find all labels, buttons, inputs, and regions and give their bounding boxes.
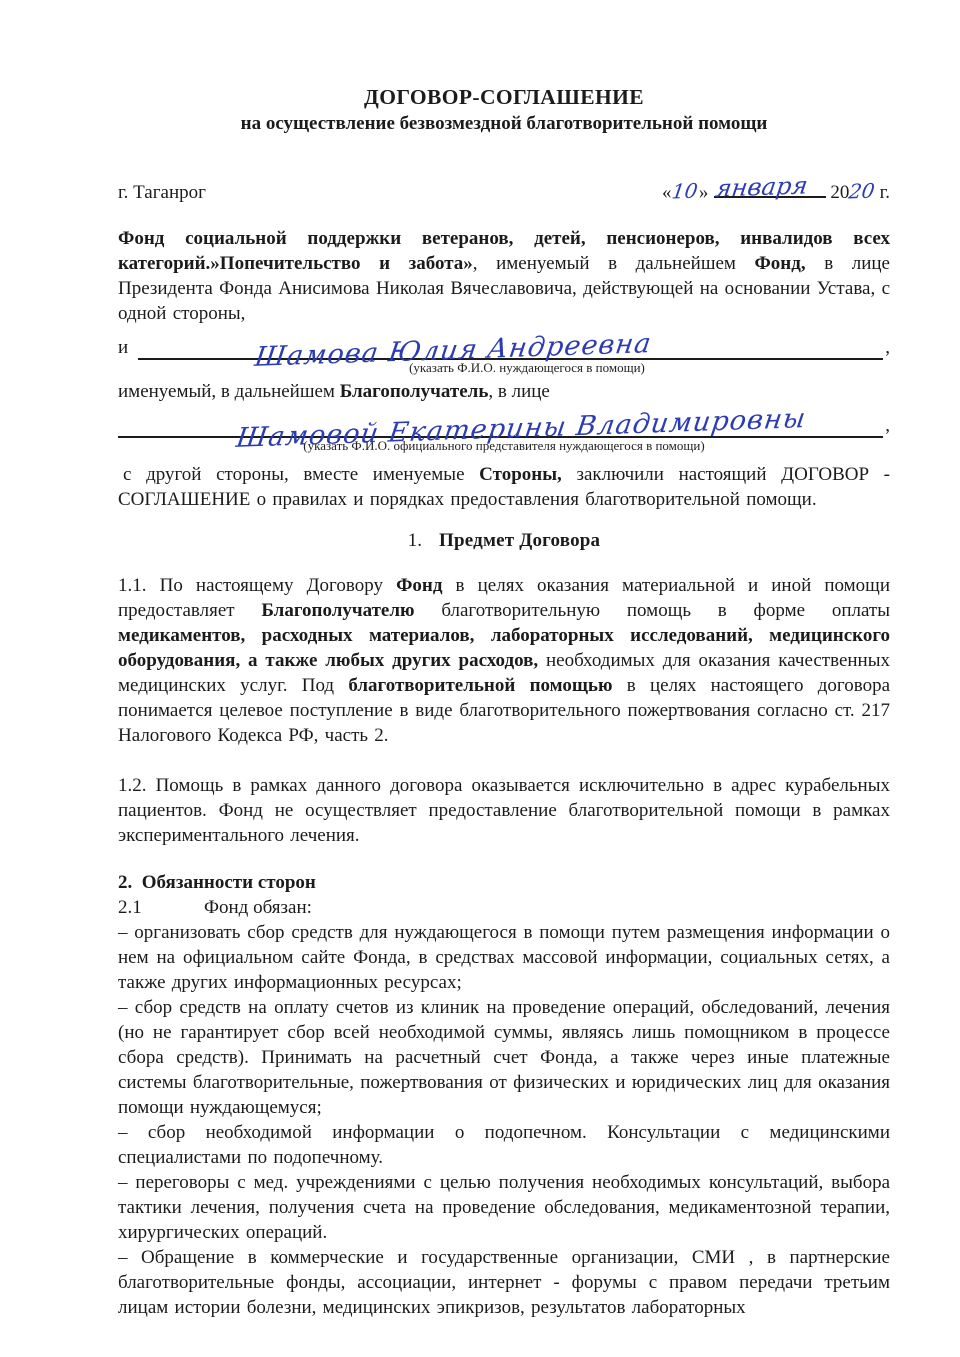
section-1-number: 1. xyxy=(408,528,422,554)
obligation-item: – сбор средств на оплату счетов из клини… xyxy=(118,995,890,1120)
document-subtitle: на осуществление безвозмездной благотвор… xyxy=(118,111,890,137)
obligation-item: – Обращение в коммерческие и государстве… xyxy=(118,1245,890,1320)
parties-term: Стороны, xyxy=(479,464,562,485)
beneficiary-signature-row: Шамовой Екатерины Владимировны , xyxy=(118,404,890,438)
section-1-title: Предмет Договора xyxy=(439,528,600,554)
city-label: г. Таганрог xyxy=(118,180,206,205)
charity-help-term: благотворительной помощью xyxy=(348,675,612,696)
city-date-row: г. Таганрог «10»января2020 г. xyxy=(118,175,890,205)
handwritten-month: января xyxy=(714,173,809,201)
preamble-paragraph: Фонд социальной поддержки ветеранов, дет… xyxy=(118,226,890,326)
benefactor-signature-line: Шамова Юлия Андреевна xyxy=(138,324,883,360)
handwritten-day: 10 xyxy=(671,179,700,205)
clause-2-1: 2.1 Фонд обязан: xyxy=(118,895,890,920)
text-run: с другой стороны, вместе именуемые xyxy=(123,464,479,485)
beneficiary-term: Благополучателю xyxy=(261,600,414,621)
document-title: ДОГОВОР-СОГЛАШЕНИЕ xyxy=(118,84,890,110)
handwritten-year: 20 xyxy=(848,179,877,205)
section-1-heading: 1. Предмет Договора xyxy=(118,528,890,554)
date-year-suffix: г. xyxy=(875,182,890,203)
trailing-comma: , xyxy=(883,335,890,360)
beneficiary-lead-line: именуемый, в дальнейшем Благополучатель,… xyxy=(118,379,890,404)
clause-1-1: 1.1. По настоящему Договору Фонд в целях… xyxy=(118,573,890,748)
clause-2-1-text: Фонд обязан: xyxy=(204,895,312,920)
fund-term: Фонд xyxy=(396,575,442,596)
fund-short-name: Фонд, xyxy=(754,253,805,274)
text-run: благотворительную помощь в форме оплаты xyxy=(415,600,890,621)
date-block: «10»января2020 г. xyxy=(662,172,890,205)
text-run: именуемый, в дальнейшем xyxy=(118,381,340,402)
trailing-comma: , xyxy=(883,413,890,438)
obligation-item: – организовать сбор средств для нуждающе… xyxy=(118,920,890,995)
date-month-underline: января xyxy=(714,172,826,198)
beneficiary-signature-line: Шамовой Екатерины Владимировны xyxy=(118,402,883,438)
text-run: 1.1. По настоящему Договору xyxy=(118,575,396,596)
clause-2-1-number: 2.1 xyxy=(118,895,204,920)
beneficiary-term: Благополучатель xyxy=(340,381,489,402)
date-year-printed: 20 xyxy=(830,182,849,203)
text-run: , именуемый в дальнейшем xyxy=(473,253,755,274)
contract-document: ДОГОВОР-СОГЛАШЕНИЕ на осуществление безв… xyxy=(0,0,960,1357)
clause-1-2: 1.2. Помощь в рамках данного договора ок… xyxy=(118,773,890,848)
benefactor-signature-row: и Шамова Юлия Андреевна , xyxy=(118,326,890,360)
section-2-heading: 2. Обязанности сторон xyxy=(118,870,890,895)
text-run: , в лице xyxy=(488,381,549,402)
parties-paragraph: с другой стороны, вместе именуемые Сторо… xyxy=(118,462,890,512)
date-close-quote: » xyxy=(699,182,709,203)
and-label: и xyxy=(118,335,138,360)
obligation-item: – сбор необходимой информации о подопечн… xyxy=(118,1120,890,1170)
obligation-item: – переговоры с мед. учреждениями с целью… xyxy=(118,1170,890,1245)
